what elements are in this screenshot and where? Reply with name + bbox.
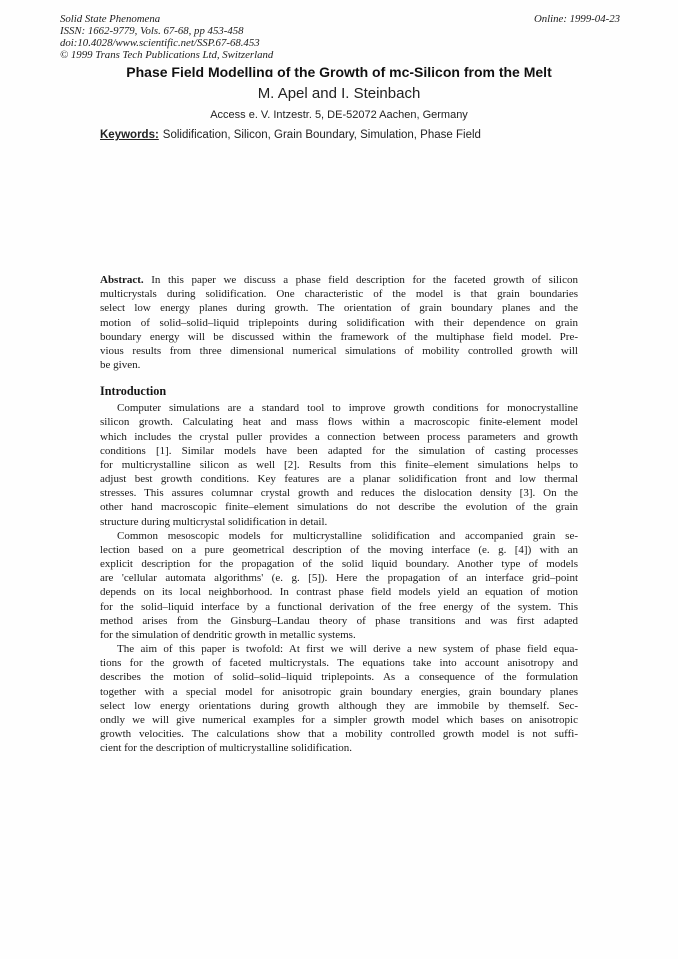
keywords-list: Solidification, Silicon, Grain Boundary,… bbox=[163, 129, 481, 141]
text-line: for the solid–liquid interface by a func… bbox=[100, 600, 578, 614]
paragraph: Computer simulations are a standard tool… bbox=[100, 401, 578, 529]
keywords-label: Keywords: bbox=[100, 129, 159, 141]
text-line: cient for the description of multicrysta… bbox=[100, 741, 578, 755]
paragraph: The aim of this paper is twofold: At fir… bbox=[100, 642, 578, 755]
text-line: ondly we will give numerical examples fo… bbox=[100, 713, 578, 727]
section-heading-introduction: Introduction bbox=[100, 384, 578, 399]
text-line: Common mesoscopic models for multicrysta… bbox=[100, 529, 578, 543]
text-line: silicon growth. Calculating heat and mas… bbox=[100, 415, 578, 429]
text-line: for the simulation of dendritic growth i… bbox=[100, 628, 578, 642]
text-line: tions for the growth of faceted multicry… bbox=[100, 656, 578, 670]
text-line: describes the motion of solid–solid–liqu… bbox=[100, 670, 578, 684]
abstract-line: motion of solid–solid–liquid triplepoint… bbox=[100, 316, 578, 330]
article-title-clipped: Phase Field Modelling of the Growth of m… bbox=[0, 64, 678, 77]
text-line: Computer simulations are a standard tool… bbox=[100, 401, 578, 415]
text-line: together with a special model for anisot… bbox=[100, 685, 578, 699]
document-page: Solid State Phenomena ISSN: 1662-9779, V… bbox=[0, 0, 678, 959]
keywords-line: Keywords:Solidification, Silicon, Grain … bbox=[100, 129, 620, 141]
abstract-line: Abstract. In this paper we discuss a pha… bbox=[100, 273, 578, 287]
text-line: method arises from the Ginsburg–Landau t… bbox=[100, 614, 578, 628]
text-line: select low energy orientations during gr… bbox=[100, 699, 578, 713]
introduction-body: Computer simulations are a standard tool… bbox=[100, 401, 578, 755]
issn-line: ISSN: 1662-9779, Vols. 67-68, pp 453-458 bbox=[60, 25, 620, 37]
abstract-line: select low energy planes during growth. … bbox=[100, 301, 578, 315]
article-title: Phase Field Modelling of the Growth of m… bbox=[126, 65, 551, 77]
text-line: structure during multicrystal solidifica… bbox=[100, 515, 578, 529]
article-body: Abstract. In this paper we discuss a pha… bbox=[100, 273, 578, 756]
abstract-line: boundary energy will be discussed within… bbox=[100, 330, 578, 344]
abstract-line: multicrystals during solidification. One… bbox=[100, 287, 578, 301]
text-line: are 'cellular automata algorithms' (e. g… bbox=[100, 571, 578, 585]
text-line: which includes the crystal puller provid… bbox=[100, 430, 578, 444]
doi-line: doi:10.4028/www.scientific.net/SSP.67-68… bbox=[60, 37, 620, 49]
abstract-line: be given. bbox=[100, 358, 578, 372]
text-line: for multicrystalline silicon as well [2]… bbox=[100, 458, 578, 472]
text-line: stresses. This assures columnar crystal … bbox=[100, 486, 578, 500]
text-line: lection based on a pure geometrical desc… bbox=[100, 543, 578, 557]
publication-header: Solid State Phenomena ISSN: 1662-9779, V… bbox=[60, 13, 620, 61]
text-line: The aim of this paper is twofold: At fir… bbox=[100, 642, 578, 656]
text-line: conditions [1]. Similar models have been… bbox=[100, 444, 578, 458]
affiliation: Access e. V. Intzestr. 5, DE-52072 Aache… bbox=[0, 109, 678, 121]
online-date: Online: 1999-04-23 bbox=[534, 13, 620, 25]
paragraph: Common mesoscopic models for multicrysta… bbox=[100, 529, 578, 642]
authors: M. Apel and I. Steinbach bbox=[0, 85, 678, 102]
text-line: growth velocities. The calculations show… bbox=[100, 727, 578, 741]
text-line: other hand macroscopic finite–element si… bbox=[100, 500, 578, 514]
text-line: depends on its local neighborhood. In co… bbox=[100, 585, 578, 599]
abstract-label: Abstract. bbox=[100, 274, 144, 286]
abstract-line: vious results from three dimensional num… bbox=[100, 344, 578, 358]
text-line: explicit description for the propagation… bbox=[100, 557, 578, 571]
abstract: Abstract. In this paper we discuss a pha… bbox=[100, 273, 578, 372]
copyright-line: © 1999 Trans Tech Publications Ltd, Swit… bbox=[60, 49, 620, 61]
text-line: adjust best growth conditions. Key featu… bbox=[100, 472, 578, 486]
